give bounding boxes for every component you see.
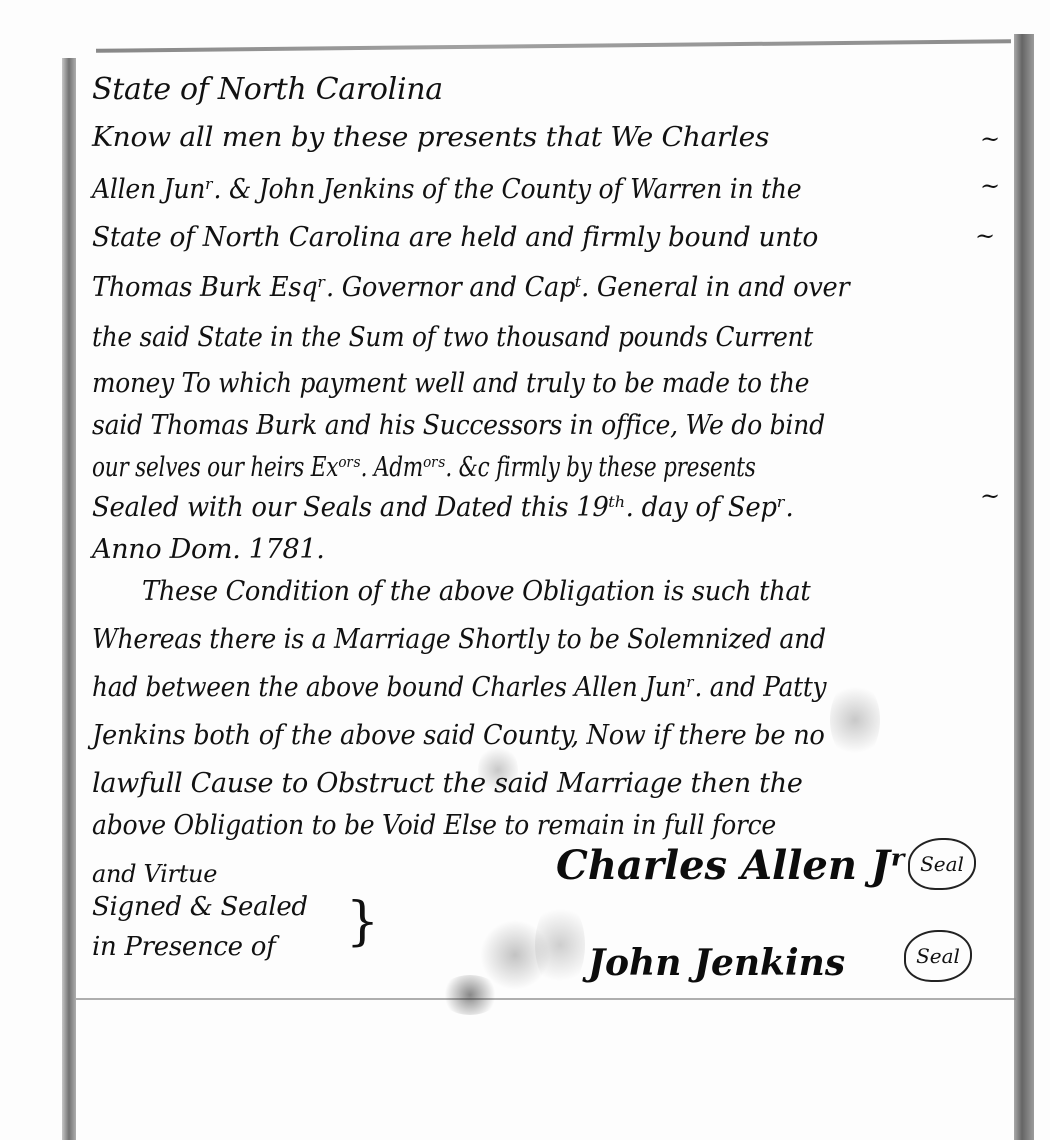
seal-label: Seal [920,852,964,876]
scanned-document-page: State of North Carolina Know all men by … [0,0,1050,1140]
body-line: Sealed with our Seals and Dated this 19ᵗ… [92,492,793,523]
document-heading: State of North Carolina [92,72,443,107]
line-end-flourish: ~ [980,125,1000,153]
ink-smudge [535,900,585,990]
body-line: and Virtue [92,860,217,888]
page-right-edge [1014,34,1034,1140]
line-end-flourish: ~ [980,172,1000,200]
body-line: Whereas there is a Marriage Shortly to b… [92,624,826,655]
body-line: our selves our heirs Exᵒʳˢ. Admᵒʳˢ. &c f… [92,452,756,483]
body-line: Allen Junʳ. & John Jenkins of the County… [92,174,801,205]
body-line: money To which payment well and truly to… [92,368,809,399]
page-top-edge [96,39,1011,53]
line-end-flourish: ~ [975,222,995,250]
page-fold-line [76,998,1016,1000]
line-end-flourish: ~ [980,482,1000,510]
seal-mark-2: Seal [904,930,972,982]
signature-charles-allen: Charles Allen Jʳ [556,842,906,889]
page-left-edge [62,58,76,1140]
body-line: Anno Dom. 1781. [92,534,325,565]
body-line: the said State in the Sum of two thousan… [92,322,813,353]
body-line: Jenkins both of the above said County, N… [92,720,825,751]
body-line: Know all men by these presents that We C… [92,122,769,153]
attestation-line-1: Signed & Sealed [92,892,308,922]
body-line: had between the above bound Charles Alle… [92,672,826,703]
ink-smudge [830,680,880,760]
attestation-line-2: in Presence of [92,932,275,962]
seal-label: Seal [916,944,960,968]
body-line: lawfull Cause to Obstruct the said Marri… [92,768,803,799]
body-line: above Obligation to be Void Else to rema… [92,810,776,841]
body-line: State of North Carolina are held and fir… [92,222,818,253]
signature-john-jenkins: John Jenkins [588,942,845,984]
attestation-brace: } [346,892,379,952]
seal-mark-1: Seal [908,838,976,890]
body-line: Thomas Burk Esqʳ. Governor and Capᵗ. Gen… [92,272,849,303]
body-line: These Condition of the above Obligation … [142,576,810,607]
body-line: said Thomas Burk and his Successors in o… [92,410,825,441]
